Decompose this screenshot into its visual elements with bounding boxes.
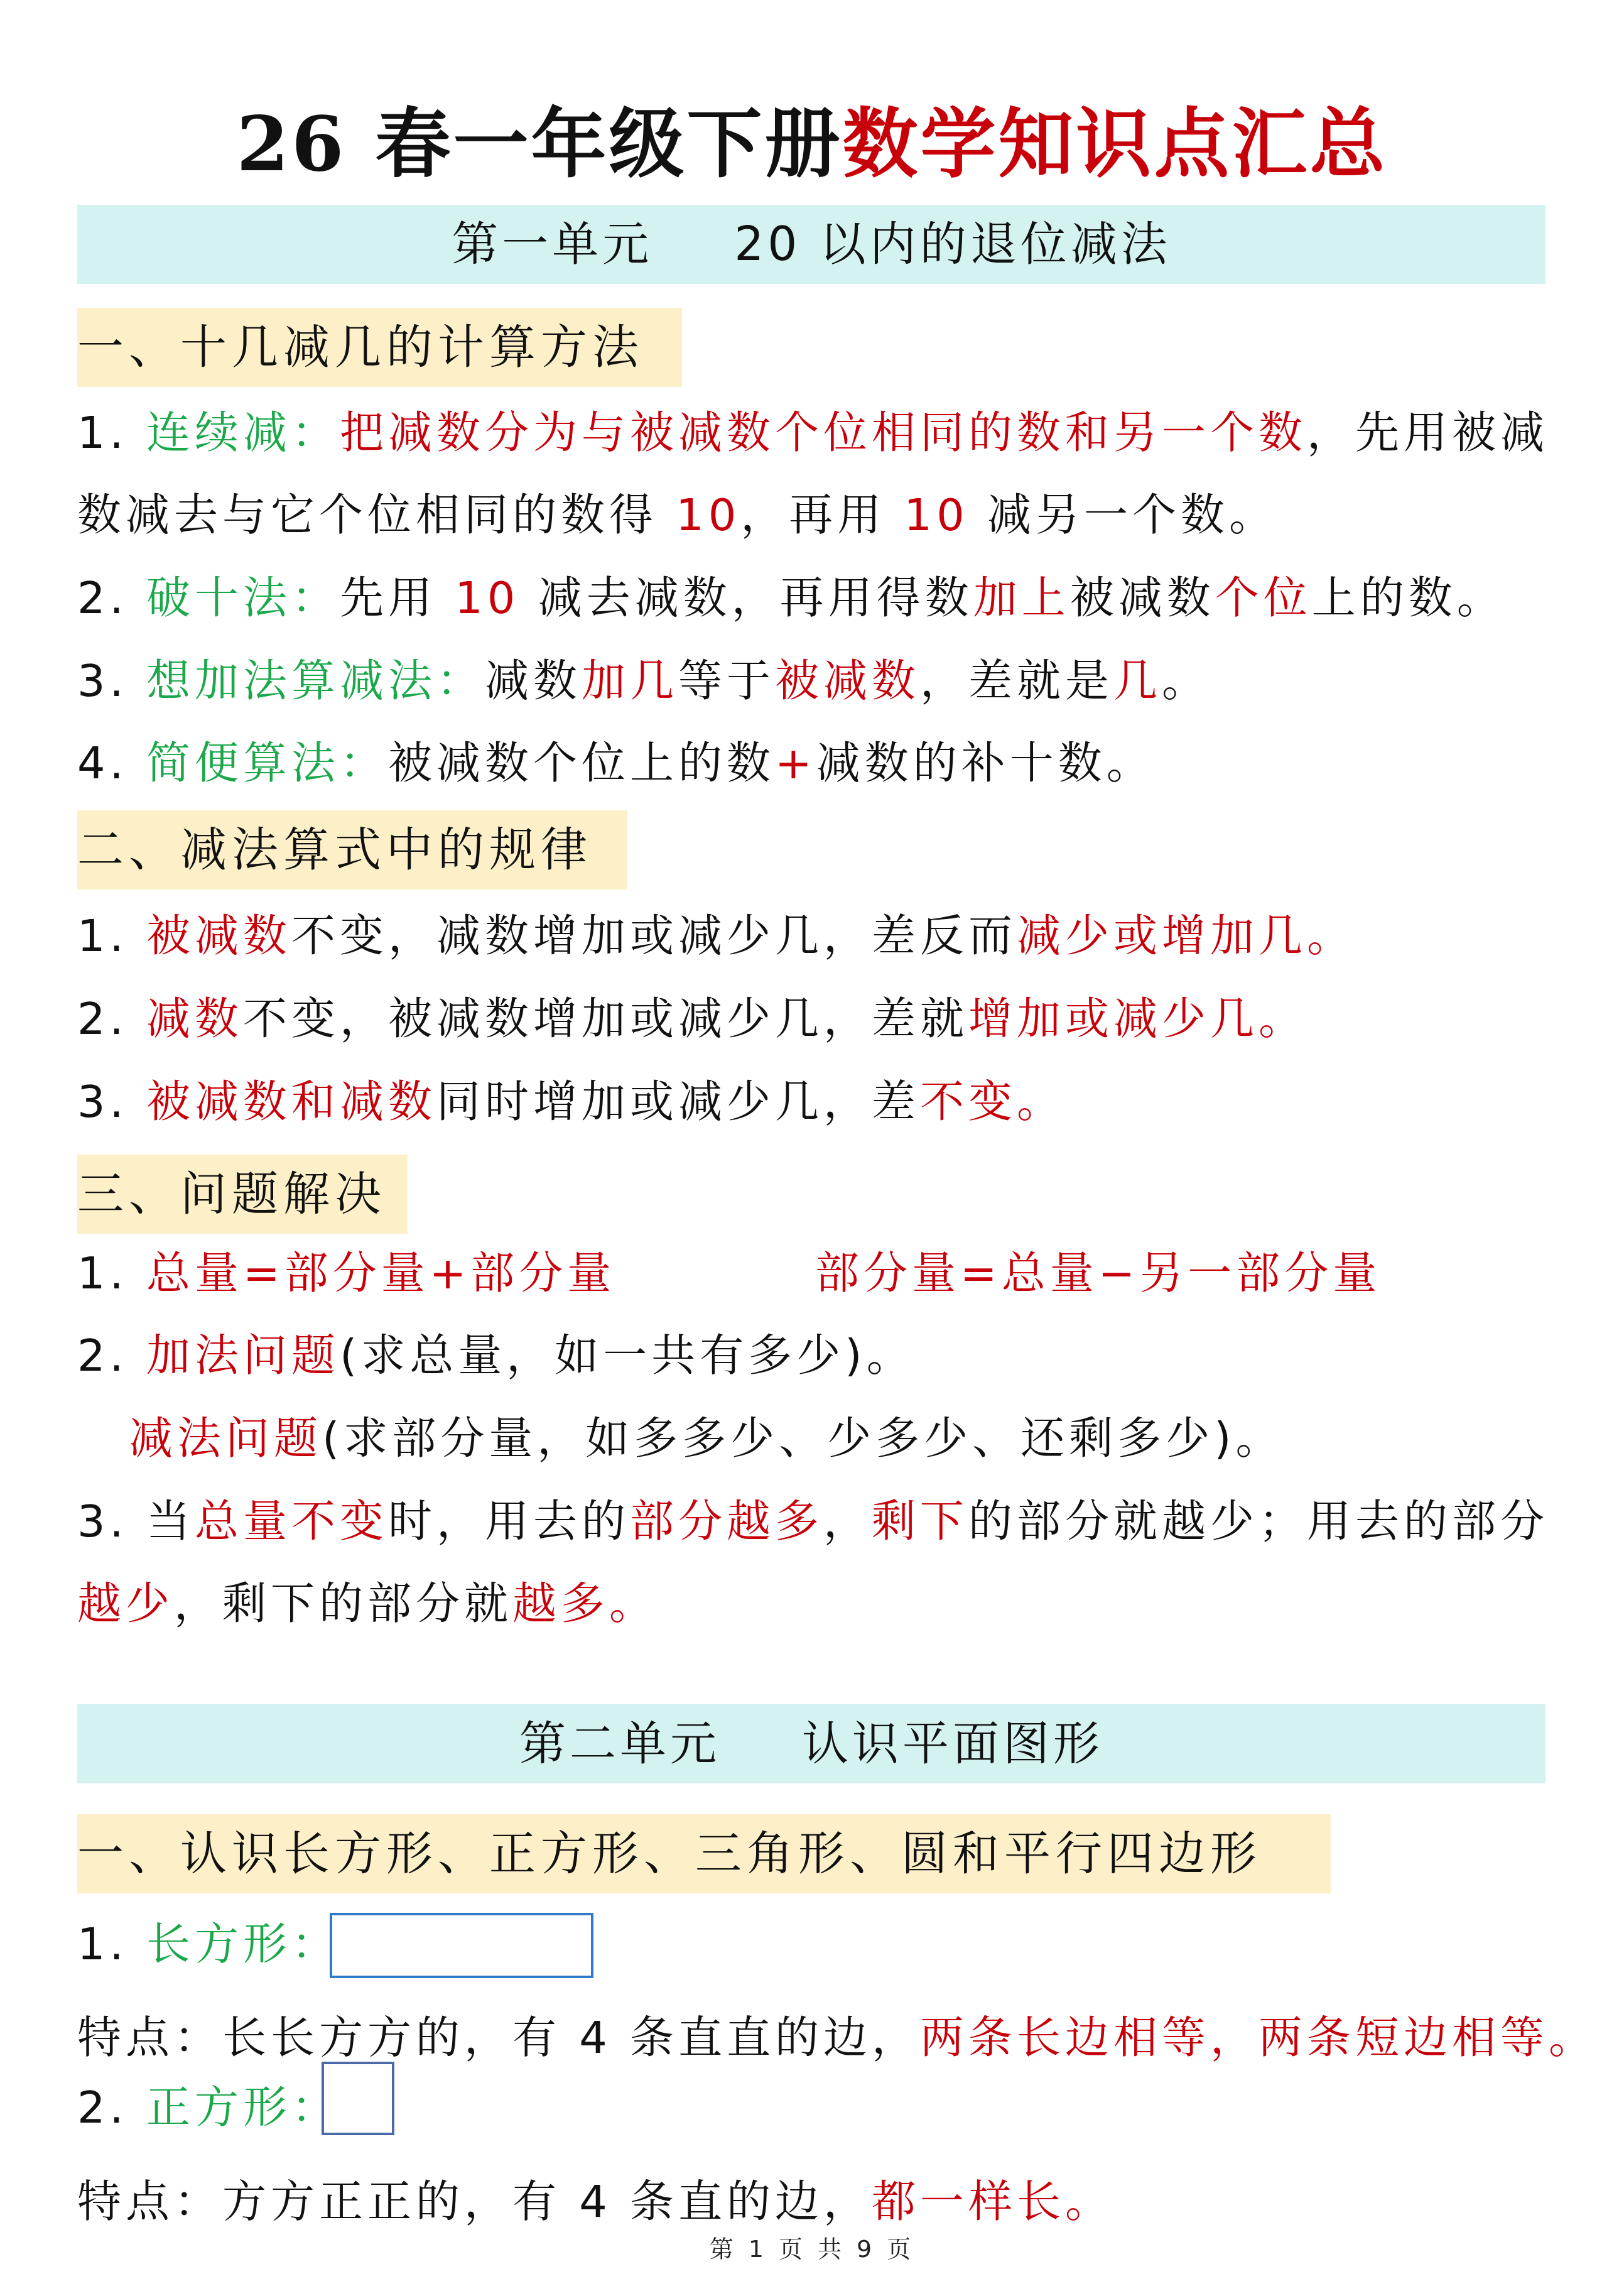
page-footer: 第 1 页 共 9 页 xyxy=(0,2233,1624,2265)
unit2-name: 认识平面图形 xyxy=(802,1717,1103,1771)
body-text: ，先用被减 xyxy=(1307,407,1549,459)
list-item-continuation: 数减去与它个位相同的数得 10，再用 10 减另一个数。 xyxy=(77,481,1559,550)
feature-line: 特点：方方正正的，有 4 条直的边，都一样长。 xyxy=(77,2167,1559,2236)
highlight-text: 部分越多 xyxy=(630,1496,823,1547)
body-text: (求总量，如一共有多少)。 xyxy=(340,1330,915,1381)
body-text: 不变，被减数增加或减少几，差就 xyxy=(243,993,968,1045)
body-text: 同时增加或减少几，差 xyxy=(436,1076,920,1128)
item-number: 1. xyxy=(77,1248,146,1299)
body-text: 。 xyxy=(1162,655,1210,707)
highlight-text: 被减数 xyxy=(775,655,920,707)
item-number: 1. xyxy=(77,910,146,962)
body-text: 的部分就越少；用去的部分 xyxy=(968,1496,1549,1547)
body-text: 当 xyxy=(146,1496,195,1547)
list-item-continuation: 越少，剩下的部分就越多。 xyxy=(77,1569,1559,1638)
body-text: ，再用 xyxy=(740,489,904,541)
item-number: 2. xyxy=(77,1330,146,1381)
item-number: 4. xyxy=(77,737,146,789)
body-text: 上的数。 xyxy=(1312,572,1505,624)
highlight-text: 减少或增加几。 xyxy=(1017,910,1355,962)
list-item: 2. 减数不变，被减数增加或减少几，差就增加或减少几。 xyxy=(77,984,1559,1053)
body-text: (求部分量，如多多少、少多少、还剩多少)。 xyxy=(322,1413,1284,1464)
highlight-text: 增加或减少几。 xyxy=(968,993,1307,1045)
highlight-text: 加上 xyxy=(973,572,1070,624)
feature-line: 特点：长长方方的，有 4 条直直的边，两条长边相等，两条短边相等。 xyxy=(77,2003,1559,2072)
body-text: 不变，减数增加或减少几，差反而 xyxy=(291,910,1017,962)
document-title: 26 春一年级下册数学知识点汇总 xyxy=(0,101,1624,188)
body-text: 减另一个数。 xyxy=(969,489,1277,541)
body-text: ，差就是 xyxy=(920,655,1113,707)
square-shape-icon xyxy=(322,2062,394,2135)
item-number: 3. xyxy=(77,655,146,707)
body-text: 等于 xyxy=(678,655,775,707)
formula-part: 部分量=总量−另一部分量 xyxy=(815,1239,1381,1308)
list-item: 2. 加法问题(求总量，如一共有多少)。 xyxy=(77,1321,1559,1390)
term-label: 连续减： xyxy=(146,407,340,459)
unit2-header: 第二单元认识平面图形 xyxy=(77,1704,1546,1783)
section-heading-2: 二、减法算式中的规律 xyxy=(77,810,627,890)
list-item-continuation: 减法问题(求部分量，如多多少、少多少、还剩多少)。 xyxy=(129,1404,1611,1473)
body-text: 被减数 xyxy=(1070,572,1215,624)
highlight-text: 被减数 xyxy=(146,910,291,962)
body-text: 减数 xyxy=(485,655,582,707)
term-label: 正方形： xyxy=(146,2082,340,2133)
highlight-text: 加几 xyxy=(582,655,678,707)
item-number: 2. xyxy=(77,572,146,624)
item-number: 1. xyxy=(77,1918,146,1970)
unit1-header: 第一单元20 以内的退位减法 xyxy=(77,205,1546,284)
item-number: 1. xyxy=(77,407,146,459)
body-text: 先用 xyxy=(340,572,455,624)
term-label: 简便算法： xyxy=(146,737,388,789)
rectangle-shape-icon xyxy=(330,1913,593,1978)
title-red-part: 数学知识点汇总 xyxy=(842,100,1387,188)
highlight-text: 个位 xyxy=(1215,572,1312,624)
plus-sign: + xyxy=(775,737,816,789)
body-text: 时，用去的 xyxy=(388,1496,630,1547)
list-item: 3. 想加法算减法：减数加几等于被减数，差就是几。 xyxy=(77,646,1559,715)
highlight-text: 两条长边相等，两条短边相等。 xyxy=(920,2012,1597,2064)
highlight-text: 减数 xyxy=(146,993,243,1045)
highlight-text: 被减数和减数 xyxy=(146,1076,436,1128)
list-item: 1. 连续减：把减数分为与被减数个位相同的数和另一个数，先用被减 xyxy=(77,398,1559,467)
highlight-text: 10 xyxy=(455,572,519,624)
title-black-part: 26 春一年级下册 xyxy=(237,100,843,188)
formula-total: 总量=部分量+部分量 xyxy=(146,1248,615,1299)
highlight-text: 越少 xyxy=(77,1578,174,1630)
body-text: ，剩下的部分就 xyxy=(174,1578,512,1630)
list-item: 1. 被减数不变，减数增加或减少几，差反而减少或增加几。 xyxy=(77,901,1559,971)
list-item: 4. 简便算法：被减数个位上的数+减数的补十数。 xyxy=(77,729,1559,798)
item-number: 2. xyxy=(77,2082,146,2133)
list-item: 3. 被减数和减数同时增加或减少几，差不变。 xyxy=(77,1067,1559,1136)
body-text: ， xyxy=(823,1496,872,1547)
section-heading-shapes: 一、认识长方形、正方形、三角形、圆和平行四边形 xyxy=(77,1814,1331,1893)
list-item: 1. 长方形： xyxy=(77,1910,1559,1979)
highlight-text: 加法问题 xyxy=(146,1330,340,1381)
term-label: 破十法： xyxy=(146,572,340,624)
list-item: 2. 破十法：先用 10 减去减数，再用得数加上被减数个位上的数。 xyxy=(77,563,1559,633)
highlight-text: 剩下 xyxy=(872,1496,968,1547)
body-text: 减数的补十数。 xyxy=(816,737,1155,789)
body-text: 减去减数，再用得数 xyxy=(519,572,973,624)
term-label: 想加法算减法： xyxy=(146,655,485,707)
body-text: 被减数个位上的数 xyxy=(388,737,775,789)
highlight-text: 10 xyxy=(676,489,740,541)
list-item: 3. 当总量不变时，用去的部分越多，剩下的部分就越少；用去的部分 xyxy=(77,1487,1559,1556)
highlight-text: 10 xyxy=(904,489,969,541)
section-heading-3: 三、问题解决 xyxy=(77,1155,408,1234)
highlight-text: 减法问题 xyxy=(129,1413,322,1464)
body-text: 数减去与它个位相同的数得 xyxy=(77,489,676,541)
list-item: 2. 正方形： xyxy=(77,2073,1559,2142)
highlight-text: 不变。 xyxy=(920,1076,1065,1128)
section-heading-1: 一、十几减几的计算方法 xyxy=(77,308,682,387)
body-text: 特点：长长方方的，有 4 条直直的边， xyxy=(77,2012,920,2064)
highlight-text: 总量不变 xyxy=(195,1496,388,1547)
unit1-name: 20 以内的退位减法 xyxy=(734,217,1171,271)
body-text: 特点：方方正正的，有 4 条直的边， xyxy=(77,2176,872,2228)
item-number: 3. xyxy=(77,1076,146,1128)
unit2-label: 第二单元 xyxy=(519,1717,720,1771)
highlight-text: 把减数分为与被减数个位相同的数和另一个数 xyxy=(340,407,1307,459)
item-number: 2. xyxy=(77,993,146,1045)
highlight-text: 越多。 xyxy=(512,1578,658,1630)
unit1-label: 第一单元 xyxy=(452,217,652,271)
highlight-text: 都一样长。 xyxy=(872,2176,1113,2228)
item-number: 3. xyxy=(77,1496,146,1547)
highlight-text: 几 xyxy=(1113,655,1162,707)
list-item: 1. 总量=部分量+部分量 部分量=总量−另一部分量 xyxy=(77,1239,1559,1308)
term-label: 长方形： xyxy=(146,1918,340,1970)
